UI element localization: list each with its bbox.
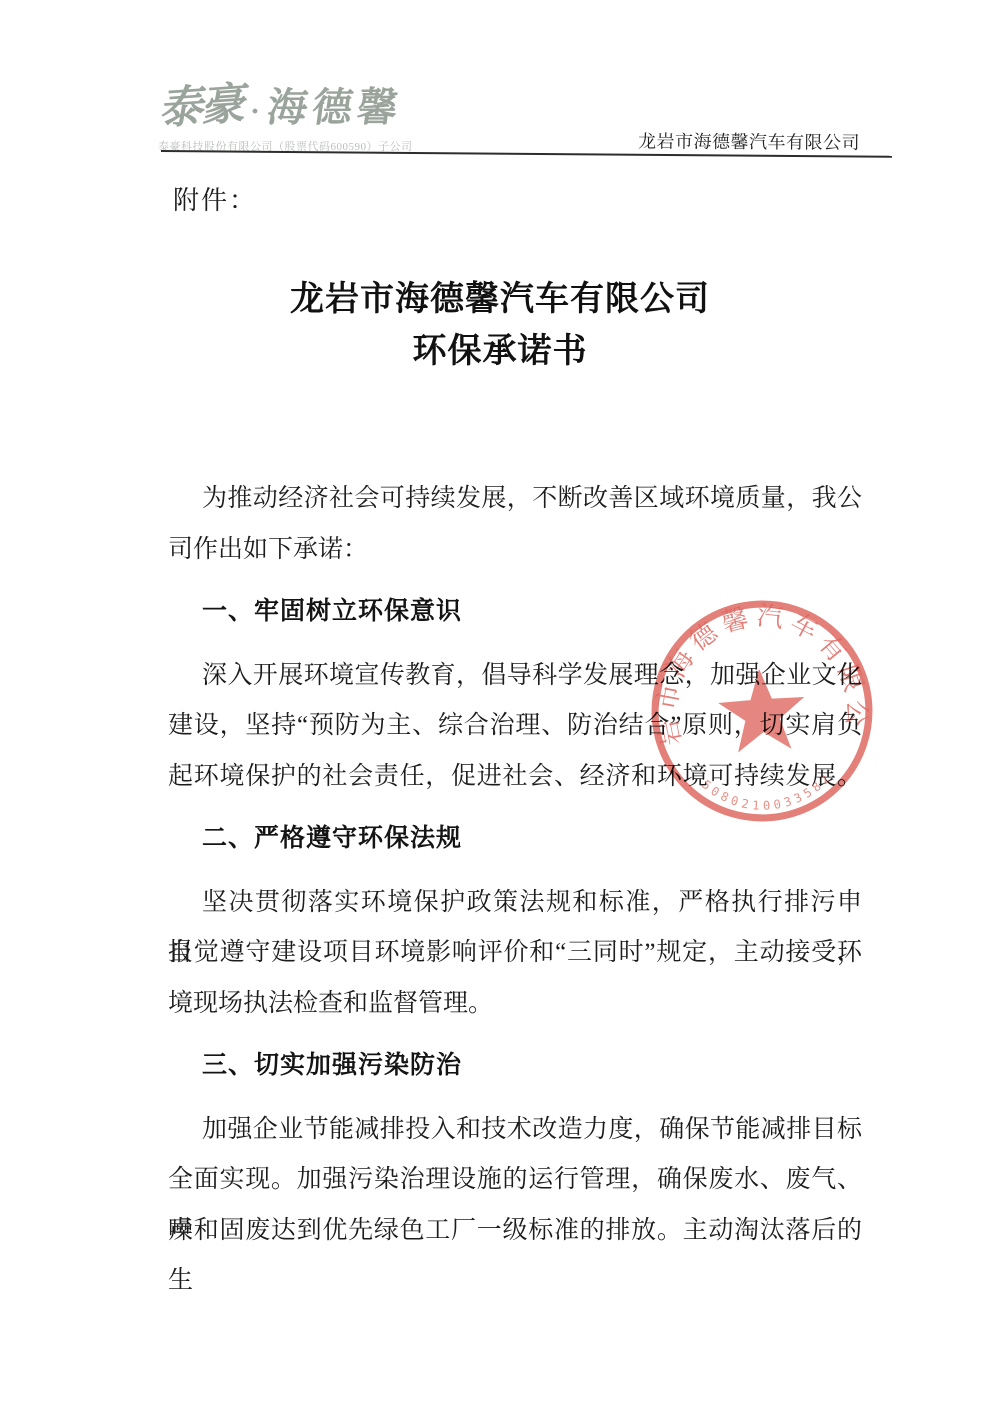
section-heading-2: 二、严格遵守环保法规 [168, 814, 862, 865]
body-line: 起环境保护的社会责任，促进社会、经济和环境可持续发展。 [168, 752, 862, 803]
section-paragraph-3: 加强企业节能减排投入和技术改造力度，确保节能减排目标 全面实现。加强污染治理设施… [168, 1105, 862, 1257]
logo-wordmark: 泰豪 · 海德馨 [158, 70, 458, 134]
document-body: 为推动经济社会可持续发展，不断改善区域环境质量，我公 司作出如下承诺： 一、牢固… [168, 474, 862, 1256]
section-heading-1: 一、牢固树立环保意识 [168, 587, 862, 638]
document-title: 龙岩市海德馨汽车有限公司 环保承诺书 [0, 274, 1000, 378]
scanned-document-page: 泰豪 · 海德馨 泰豪科技股份有限公司（股票代码600590）子公司 龙岩市海德… [0, 0, 1000, 1413]
logo-brand-bold: 海德馨 [264, 76, 407, 133]
body-line: 声和固废达到优先绿色工厂一级标准的排放。主动淘汰落后的生 [168, 1206, 862, 1257]
section-heading-3: 三、切实加强污染防治 [168, 1041, 862, 1092]
body-line: 建设，坚持“预防为主、综合治理、防治结合”原则，切实肩负 [168, 701, 862, 752]
body-line: 自觉遵守建设项目环境影响评价和“三同时”规定，主动接受环 [168, 928, 862, 979]
logo-brand-script: 泰豪 [156, 67, 244, 137]
body-line: 境现场执法检查和监督管理。 [168, 979, 862, 1030]
intro-line: 司作出如下承诺： [168, 525, 862, 576]
intro-line: 为推动经济社会可持续发展，不断改善区域环境质量，我公 [168, 474, 862, 525]
logo-separator-dot: · [250, 95, 260, 129]
body-line: 加强企业节能减排投入和技术改造力度，确保节能减排目标 [168, 1105, 862, 1156]
document-title-line1: 龙岩市海德馨汽车有限公司 [0, 274, 1000, 326]
company-logo: 泰豪 · 海德馨 泰豪科技股份有限公司（股票代码600590）子公司 [158, 70, 458, 154]
body-line: 坚决贯彻落实环境保护政策法规和标准，严格执行排污申报， [168, 878, 862, 929]
attachment-label: 附件： [173, 180, 257, 217]
letterhead-company-name: 龙岩市海德馨汽车有限公司 [638, 127, 860, 154]
body-line: 全面实现。加强污染治理设施的运行管理，确保废水、废气、噪 [168, 1155, 862, 1206]
section-paragraph-2: 坚决贯彻落实环境保护政策法规和标准，严格执行排污申报， 自觉遵守建设项目环境影响… [168, 878, 862, 1030]
document-title-line2: 环保承诺书 [0, 326, 1000, 378]
section-paragraph-1: 深入开展环境宣传教育，倡导科学发展理念，加强企业文化 建设，坚持“预防为主、综合… [168, 651, 862, 803]
body-line: 深入开展环境宣传教育，倡导科学发展理念，加强企业文化 [168, 651, 862, 702]
